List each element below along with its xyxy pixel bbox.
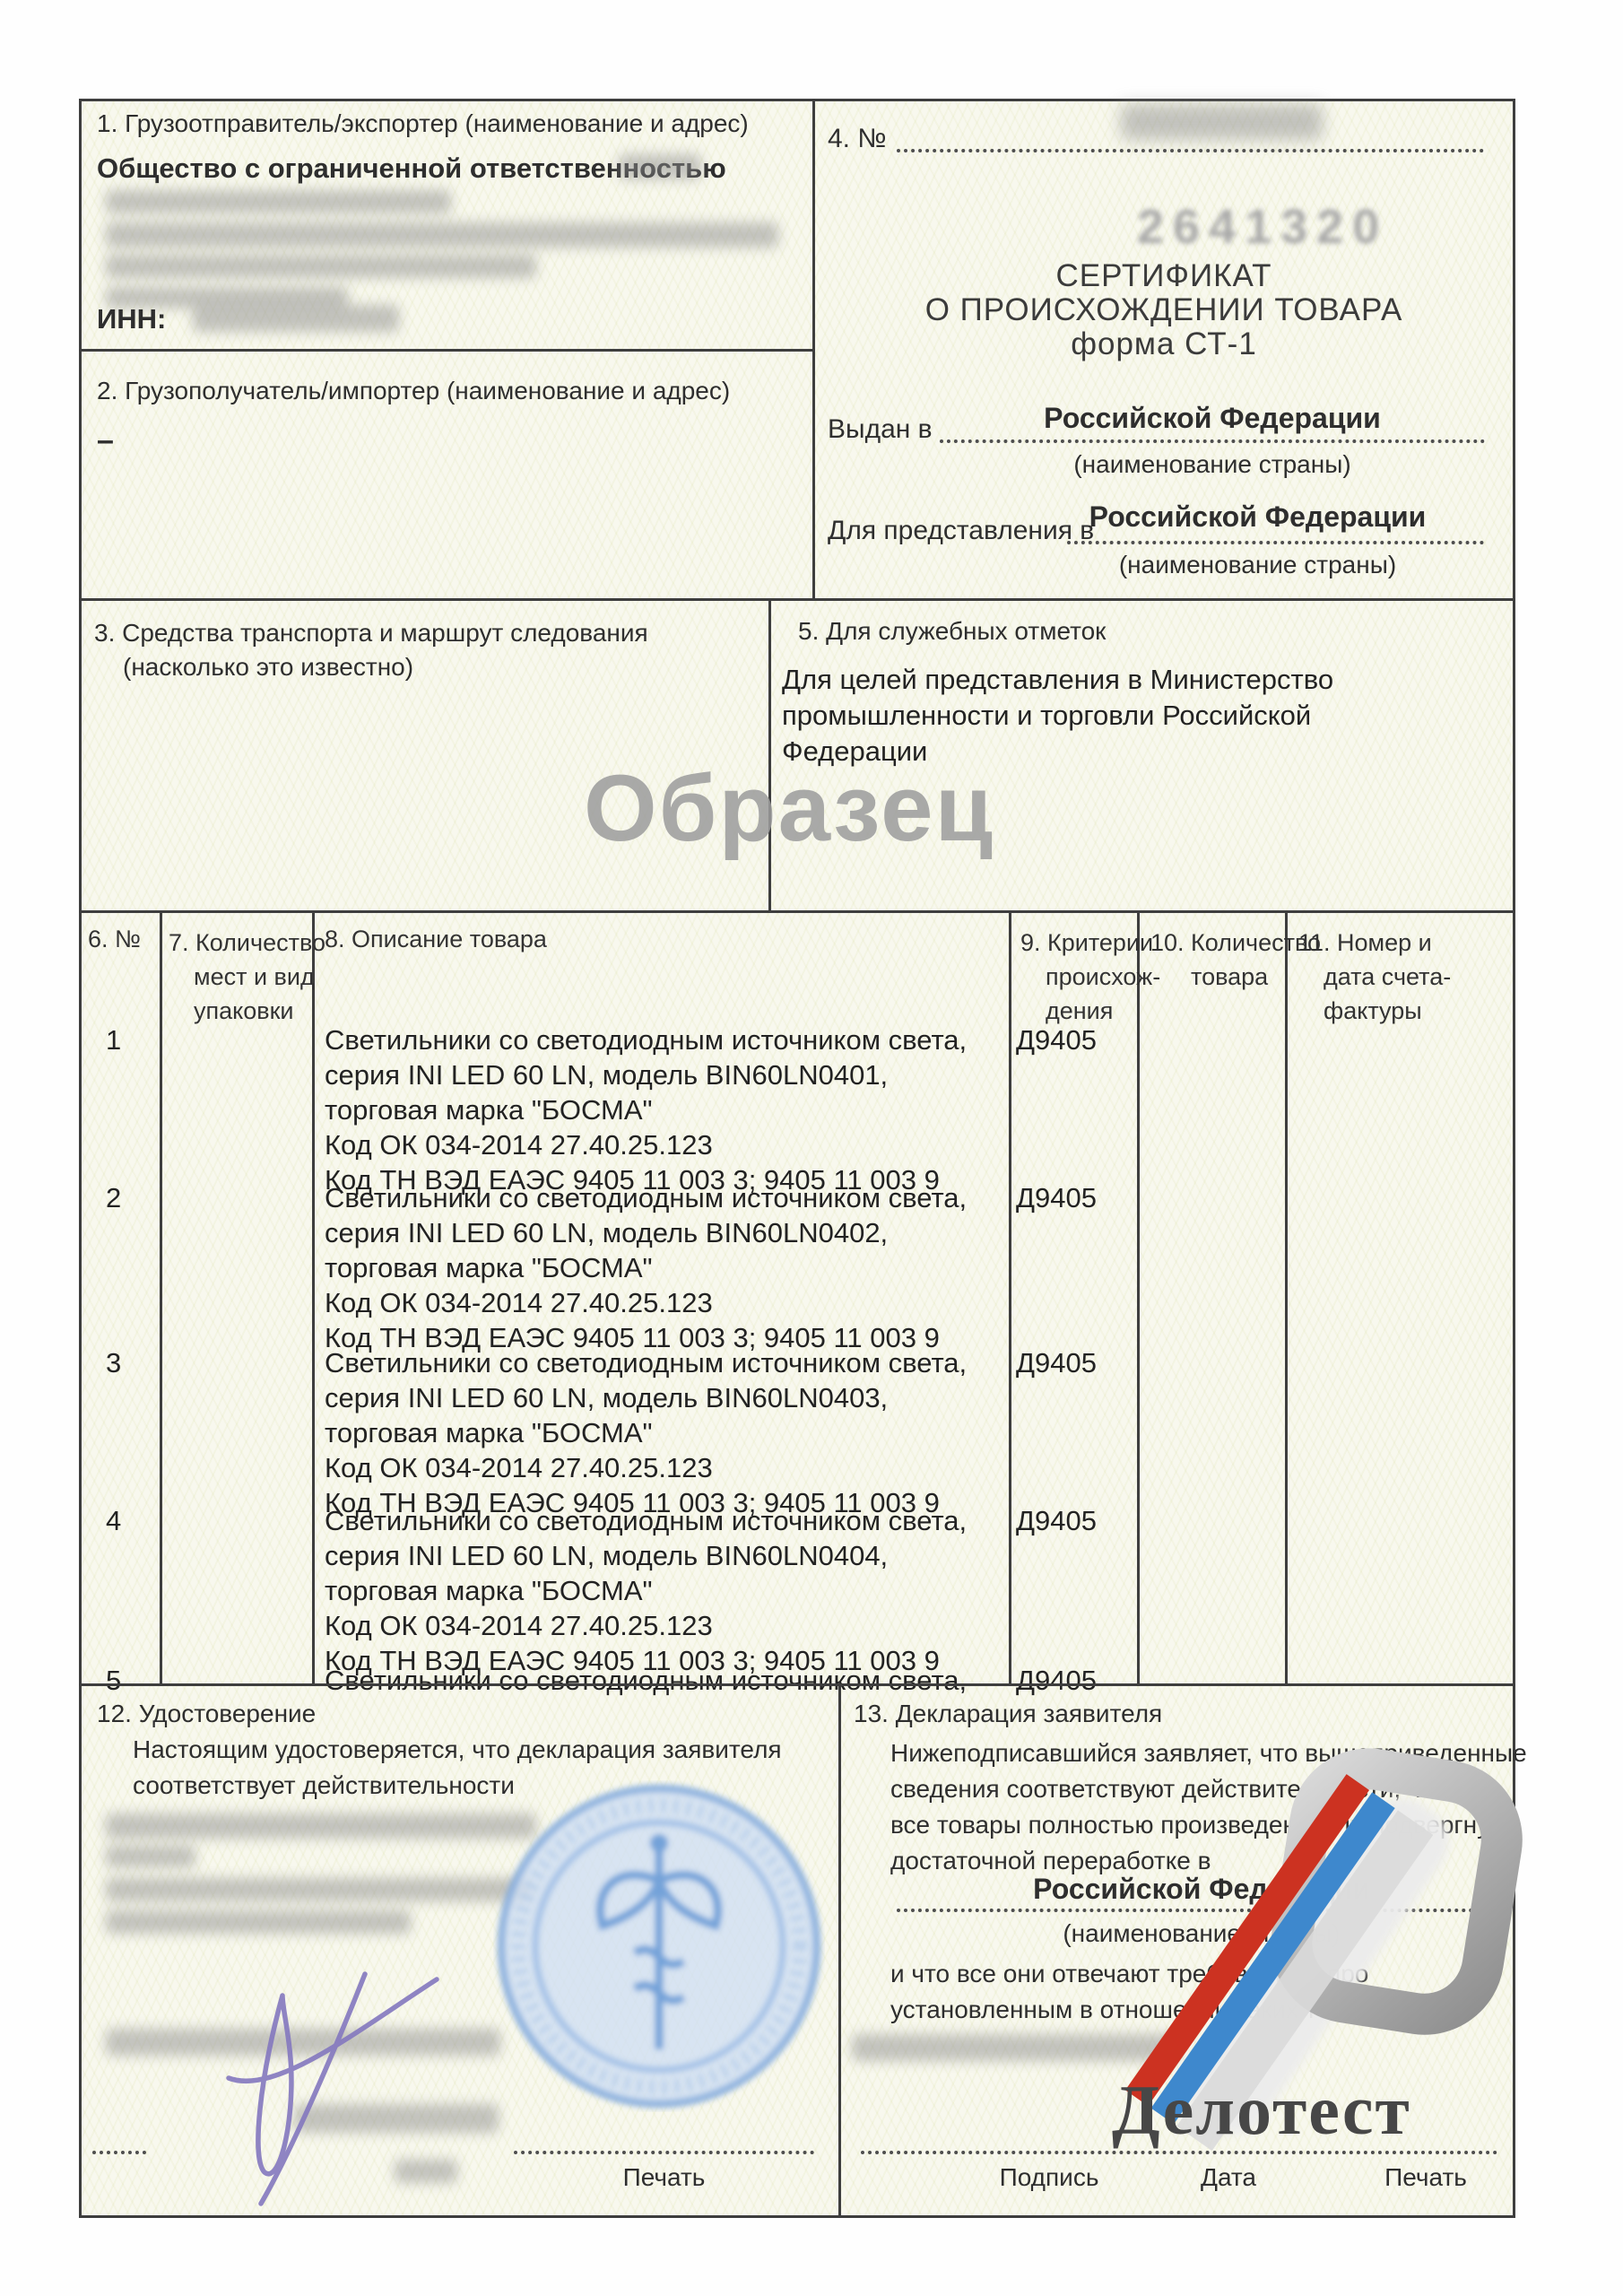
redacted-text — [106, 1846, 195, 1867]
desc-line: Код ОК 034-2014 27.40.25.123 — [325, 1285, 967, 1320]
header-line: дата счета- — [1298, 960, 1451, 994]
row-number: 2 — [106, 1182, 121, 1214]
desc-line: Код ОК 034-2014 27.40.25.123 — [325, 1450, 967, 1485]
desc-line: серия INI LED 60 LN, модель BIN60LN0404, — [325, 1538, 967, 1573]
table-row: Светильники со светодиодным источником с… — [325, 1503, 967, 1678]
redacted-text — [106, 1878, 532, 1901]
box12-dotted-line-stamp — [514, 2151, 814, 2154]
header-line: фактуры — [1298, 994, 1451, 1028]
certificate-page: 1. Грузоотправитель/экспортер (наименова… — [0, 0, 1623, 2296]
header-line: дения — [1020, 994, 1160, 1028]
desc-line: торговая марка "БОСМА" — [325, 1092, 967, 1127]
row-number: 4 — [106, 1505, 121, 1537]
table-header-col11: 11. Номер и дата счета- фактуры — [1298, 926, 1451, 1028]
box4-number-label: 4. № — [828, 124, 887, 154]
box12-line2: соответствует действительности — [133, 1771, 515, 1800]
box2-label: 2. Грузополучатель/импортер (наименовани… — [97, 377, 730, 405]
table-top-border — [79, 910, 1515, 913]
box12-label: 12. Удостоверение — [97, 1700, 316, 1728]
desc-line: Код ОК 034-2014 27.40.25.123 — [325, 1608, 967, 1643]
box3-label: 3. Средства транспорта и маршрут следова… — [94, 619, 648, 648]
table-row: Светильники со светодиодным источником с… — [325, 1022, 967, 1197]
table-col-line-3 — [1009, 910, 1011, 1683]
header-line: 7. Количество — [169, 926, 325, 960]
redacted-text — [193, 305, 399, 332]
table-header-col8: 8. Описание товара — [325, 926, 547, 953]
desc-line: серия INI LED 60 LN, модель BIN60LN0402, — [325, 1215, 967, 1250]
table-header-col10: 10. Количество товара — [1150, 926, 1321, 994]
table-row: Светильники со светодиодным источником с… — [325, 1665, 967, 1697]
box5-content: Для целей представления в Министерство п… — [782, 662, 1333, 770]
desc-line: торговая марка "БОСМА" — [325, 1250, 967, 1285]
number-dotted-line — [897, 149, 1484, 152]
box1-label: 1. Грузоотправитель/экспортер (наименова… — [97, 109, 749, 138]
divider-box1-box2 — [79, 349, 812, 352]
presented-note: (наименование страны) — [1031, 551, 1484, 579]
row-number: 3 — [106, 1347, 121, 1379]
table-header-col6: 6. № — [88, 926, 141, 953]
delotest-logo-text: Делотест — [1112, 2070, 1411, 2151]
certificate-title-line1: СЕРТИФИКАТ — [812, 258, 1515, 294]
redacted-text — [106, 190, 451, 213]
row-number: 5 — [106, 1665, 121, 1697]
row-criteria: Д9405 — [1016, 1347, 1097, 1379]
table-col-line-5 — [1285, 910, 1288, 1683]
table-row: Светильники со светодиодным источником с… — [325, 1180, 967, 1355]
table-header-col9: 9. Критерии происхож- дения — [1020, 926, 1160, 1028]
desc-line: Код ОК 034-2014 27.40.25.123 — [325, 1127, 967, 1162]
table-col-line-1 — [160, 910, 162, 1683]
issued-dotted-line — [940, 439, 1485, 443]
signature — [175, 1969, 471, 2220]
header-line: упаковки — [169, 994, 325, 1028]
box1-inn-label: ИНН: — [97, 303, 166, 335]
redacted-text — [106, 255, 536, 278]
redacted-text — [619, 154, 701, 179]
header-line: 10. Количество — [1150, 926, 1321, 960]
certificate-title-line3: форма СТ-1 — [812, 326, 1515, 362]
desc-line: серия INI LED 60 LN, модель BIN60LN0401, — [325, 1057, 967, 1092]
issued-note: (наименование страны) — [940, 450, 1485, 479]
box3-sublabel: (насколько это известно) — [123, 653, 413, 682]
desc-line: Светильники со светодиодным источником с… — [325, 1022, 967, 1057]
desc-line: Светильники со светодиодным источником с… — [325, 1345, 967, 1380]
round-stamp — [493, 1780, 825, 2112]
issued-country: Российской Федерации — [940, 402, 1485, 435]
issued-label: Выдан в — [828, 414, 933, 445]
header-line: 9. Критерии — [1020, 926, 1160, 960]
redacted-text — [106, 1910, 411, 1934]
box4-cert-number: 2641320 — [1137, 199, 1388, 255]
divider-box3-box5 — [768, 598, 771, 910]
redacted-text — [106, 1813, 536, 1839]
box12-line1: Настоящим удостоверяется, что декларация… — [133, 1735, 782, 1764]
desc-line: торговая марка "БОСМА" — [325, 1573, 967, 1608]
obrazec-watermark: Образец — [520, 755, 1058, 863]
desc-line: Светильники со светодиодным источником с… — [325, 1180, 967, 1215]
header-line: мест и вид — [169, 960, 325, 994]
desc-line: торговая марка "БОСМА" — [325, 1415, 967, 1450]
row-criteria: Д9405 — [1016, 1182, 1097, 1214]
row-criteria: Д9405 — [1016, 1665, 1097, 1697]
box12-dotted-line-left — [92, 2151, 146, 2154]
presented-dotted-line — [1067, 541, 1484, 544]
presented-country: Российской Федерации — [1031, 500, 1484, 534]
header-line: товара — [1150, 960, 1321, 994]
divider-upper — [79, 598, 1515, 601]
header-line: происхож- — [1020, 960, 1160, 994]
row-criteria: Д9405 — [1016, 1024, 1097, 1057]
box2-value: – — [97, 423, 114, 458]
redacted-text — [106, 222, 778, 248]
row-number: 1 — [106, 1024, 121, 1057]
desc-line: серия INI LED 60 LN, модель BIN60LN0403, — [325, 1380, 967, 1415]
table-row: Светильники со светодиодным источником с… — [325, 1345, 967, 1520]
box5-line: промышленности и торговли Российской — [782, 698, 1333, 734]
row-criteria: Д9405 — [1016, 1505, 1097, 1537]
desc-line: Светильники со светодиодным источником с… — [325, 1503, 967, 1538]
box12-stamp-label: Печать — [514, 2163, 814, 2192]
table-bottom-border — [79, 1683, 1515, 1686]
header-line: 11. Номер и — [1298, 926, 1451, 960]
redacted-text — [1121, 104, 1323, 140]
box5-line: Для целей представления в Министерство — [782, 662, 1333, 698]
certificate-title-line2: О ПРОИСХОЖДЕНИИ ТОВАРА — [812, 292, 1515, 328]
box5-label: 5. Для служебных отметок — [798, 617, 1106, 646]
divider-box12-box13 — [838, 1683, 841, 2218]
table-header-col7: 7. Количество мест и вид упаковки — [169, 926, 325, 1028]
